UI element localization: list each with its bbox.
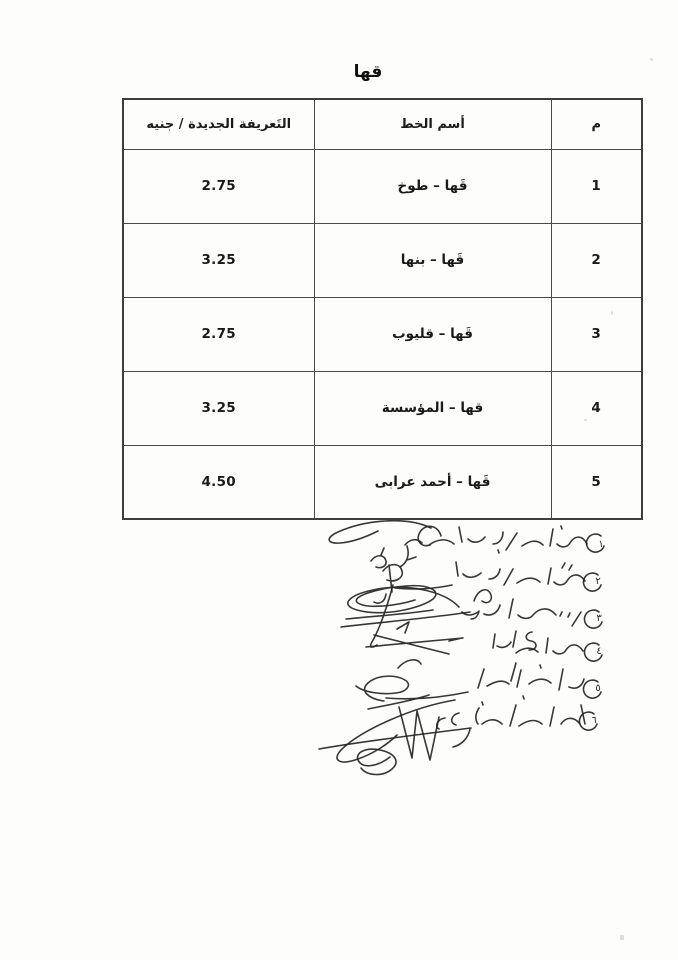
svg-text:٤: ٤ xyxy=(596,646,601,657)
signature-1: ١ xyxy=(329,521,604,567)
header-index: م xyxy=(551,99,642,149)
header-tariff: التَعريفة الجديدة / جنيه xyxy=(123,99,314,149)
scan-speck xyxy=(650,58,653,61)
row-index: 5 xyxy=(551,445,642,519)
row-line-name: قَها – قليوب xyxy=(314,297,551,371)
row-index: 2 xyxy=(551,223,642,297)
row-line-name: قَها – أحمد عرابى xyxy=(314,445,551,519)
svg-text:٦: ٦ xyxy=(591,715,596,726)
row-tariff: 2.75 xyxy=(123,149,314,223)
signature-5: ٥ xyxy=(356,660,601,709)
svg-text:٢: ٢ xyxy=(595,576,600,587)
table-row: 1 قَها – طوخ 2.75 xyxy=(123,149,642,223)
row-index: 3 xyxy=(551,297,642,371)
row-line-name: قَها – طوخ xyxy=(314,149,551,223)
row-line-name: قَها – بنها xyxy=(314,223,551,297)
table-row: 3 قَها – قليوب 2.75 xyxy=(123,297,642,371)
table-row: 4 قها – المؤسسة 3.25 xyxy=(123,371,642,445)
row-tariff: 3.25 xyxy=(123,371,314,445)
row-tariff: 2.75 xyxy=(123,297,314,371)
row-index: 1 xyxy=(551,149,642,223)
row-tariff: 3.25 xyxy=(123,223,314,297)
svg-text:٣: ٣ xyxy=(596,613,602,624)
table-row: 2 قَها – بنها 3.25 xyxy=(123,223,642,297)
signature-6: ٦ xyxy=(319,696,597,775)
page-title: قها xyxy=(122,62,614,82)
tariff-table: م أسم الخط التَعريفة الجديدة / جنيه 1 قَ… xyxy=(122,98,643,520)
signature-3: ٣ xyxy=(341,585,602,647)
header-line-name: أسم الخط xyxy=(314,99,551,149)
scan-speck xyxy=(620,935,624,940)
signature-2: ٢ xyxy=(371,548,601,603)
row-line-name: قها – المؤسسة xyxy=(314,371,551,445)
scanned-document-page: { "page": { "title": "قها" }, "table": {… xyxy=(0,0,678,960)
scan-speck xyxy=(611,311,613,315)
row-index: 4 xyxy=(551,371,642,445)
svg-text:١: ١ xyxy=(598,539,603,550)
table-row: 5 قَها – أحمد عرابى 4.50 xyxy=(123,445,642,519)
svg-text:٥: ٥ xyxy=(595,683,600,694)
row-tariff: 4.50 xyxy=(123,445,314,519)
signature-4: ٤ xyxy=(366,631,602,661)
table-header-row: م أسم الخط التَعريفة الجديدة / جنيه xyxy=(123,99,642,149)
scan-speck xyxy=(584,419,587,421)
